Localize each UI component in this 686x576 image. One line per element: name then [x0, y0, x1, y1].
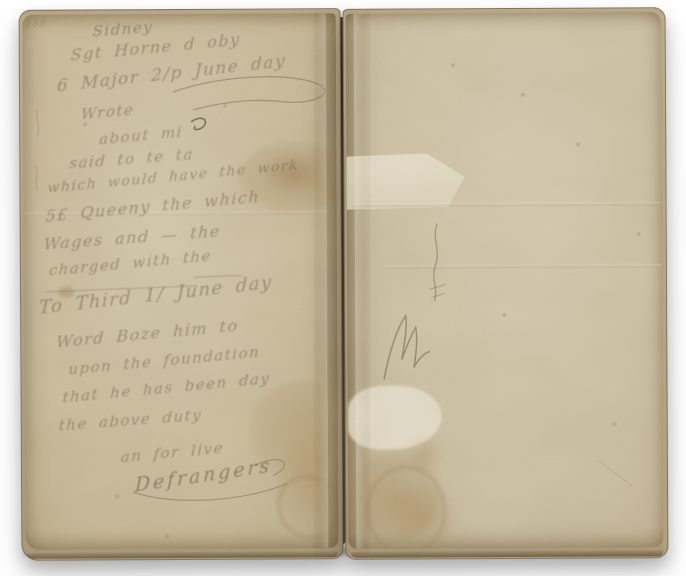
- repair-patch: [348, 385, 442, 449]
- right-page: [346, 12, 664, 549]
- gutter-highlight: [317, 13, 329, 548]
- corner-mark: 258: [25, 18, 48, 30]
- handwriting-line: the above duty: [58, 406, 203, 435]
- pencil-scribbles: [346, 12, 664, 549]
- handwriting-line: To Third 1/ June day: [39, 272, 273, 319]
- left-page: 258 Sidney Sgt Horne d oby 6 Major 2/p J…: [23, 13, 339, 550]
- handwriting-line: Wrote: [81, 101, 135, 124]
- foxing-speck: [115, 494, 119, 498]
- stain: [352, 449, 442, 543]
- foxing-speck: [637, 232, 641, 236]
- foxing-speck: [576, 143, 580, 147]
- foxing-speck: [502, 313, 506, 317]
- foxing-speck: [451, 63, 455, 67]
- page-heading: Sidney: [92, 18, 153, 41]
- stain: [404, 435, 446, 477]
- handwriting-line: an for live: [120, 439, 224, 467]
- left-page-block: 258 Sidney Sgt Horne d oby 6 Major 2/p J…: [19, 8, 344, 561]
- stain: [270, 431, 339, 535]
- stain: [388, 481, 460, 549]
- open-notebook: 258 Sidney Sgt Horne d oby 6 Major 2/p J…: [0, 0, 686, 576]
- gutter-highlight: [354, 14, 366, 549]
- page-crease: [387, 264, 662, 268]
- foxing-speck: [521, 93, 525, 97]
- right-page-block: [343, 7, 669, 560]
- stain: [366, 465, 446, 549]
- stain: [277, 475, 338, 539]
- foxing-speck: [165, 534, 169, 538]
- foxing-speck: [223, 104, 227, 108]
- handwriting-line: about mi: [99, 123, 184, 149]
- page-crease: [353, 202, 662, 207]
- photo-stage: 258 Sidney Sgt Horne d oby 6 Major 2/p J…: [0, 0, 686, 576]
- foxing-speck: [613, 422, 617, 426]
- repair-patch: [346, 153, 464, 210]
